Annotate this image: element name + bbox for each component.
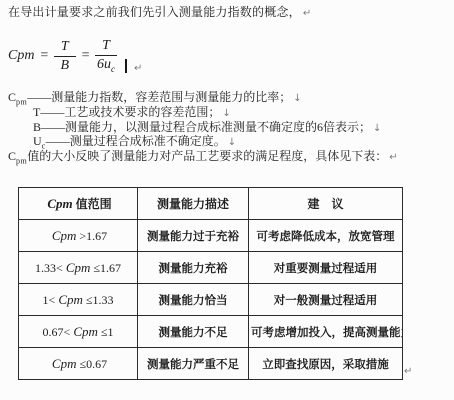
advice-cell: 对一般测量过程适用 (249, 284, 403, 316)
equals-sign: = (81, 48, 90, 64)
advice-cell: 可考虑增加投入，提高测量能力 (249, 316, 403, 348)
advice-cell: 对重要测量过程适用 (249, 252, 403, 284)
fraction-t-over-b: T B (54, 40, 76, 73)
table-header-row: Cpm值范围 测量能力描述 建 议 (19, 188, 403, 220)
linebreak-mark-icon: ↓ (293, 93, 301, 104)
table-row: 0.67<Cpm≤1 测量能力不足 可考虑增加投入，提高测量能力 (19, 316, 403, 348)
table-row: 1.33<Cpm≤1.67 测量能力充裕 对重要测量过程适用 (19, 252, 403, 284)
formula-lhs: Cpm (8, 48, 34, 64)
subscript-c: c (111, 63, 115, 73)
intro-paragraph: 在导出计量要求之前我们先引入测量能力指数的概念，↵ (8, 3, 311, 20)
subscript-pm: pm (16, 157, 27, 166)
cpm-range-cell: 1.33<Cpm≤1.67 (19, 252, 138, 284)
summary-line: Cpm值的大小反映了测量能力对产品工艺要求的满足程度，具体见下表：↵ (8, 149, 398, 164)
symbol: C (8, 149, 16, 163)
definition-t: T——工艺或技术要求的容差范围；↓ (8, 105, 398, 120)
definition-uc: Uc——测量过程合成标准不确定度。↓ (8, 134, 398, 149)
equals-sign: = (39, 48, 48, 64)
summary-text: 值的大小反映了测量能力对产品工艺要求的满足程度，具体见下表： (27, 149, 387, 163)
cpm-symbol: Cpm (47, 196, 72, 211)
cpm-range-cell: Cpm>1.67 (19, 220, 138, 252)
linebreak-mark-icon: ↓ (222, 108, 230, 119)
symbol: C (8, 90, 16, 104)
text-cursor (125, 59, 127, 73)
paragraph-mark-icon: ↵ (303, 8, 312, 19)
paragraph-mark-icon: ↵ (389, 152, 397, 163)
fraction-t-over-6uc: T 6uc (95, 39, 117, 74)
definition-text: B——测量能力，以测量过程合成标准测量不确定度的6倍表示； (33, 120, 371, 134)
denominator: B (61, 57, 70, 73)
advice-cell: 可考虑降低成本，放宽管理 (249, 220, 403, 252)
cpm-symbol: Cpm (73, 324, 98, 339)
definitions-block: Cpm——测量能力指数，容差范围与测量能力的比率；↓ T——工艺或技术要求的容差… (8, 90, 398, 164)
paragraph-mark-icon: ↵ (134, 63, 142, 74)
capability-desc-cell: 测量能力充裕 (138, 252, 249, 284)
subscript-pm: pm (16, 97, 27, 106)
header-capability-desc: 测量能力描述 (138, 188, 249, 220)
cpm-range-cell: 1<Cpm≤1.33 (19, 284, 138, 316)
capability-desc-cell: 测量能力严重不足 (138, 348, 249, 380)
paragraph-mark-icon: ↵ (404, 366, 412, 377)
cpm-symbol: Cpm (52, 356, 77, 371)
capability-desc-cell: 测量能力恰当 (138, 284, 249, 316)
numerator: T (54, 40, 76, 57)
definition-text: ——测量过程合成标准不确定度。 (46, 134, 226, 148)
linebreak-mark-icon: ↓ (228, 137, 236, 148)
header-cpm-range: Cpm值范围 (19, 188, 138, 220)
header-advice: 建 议 (249, 188, 403, 220)
cpm-range-cell: Cpm≤0.67 (19, 348, 138, 380)
definition-text: T——工艺或技术要求的容差范围； (33, 105, 220, 119)
cpm-symbol: Cpm (58, 292, 83, 307)
capability-desc-cell: 测量能力过于充裕 (138, 220, 249, 252)
table-row: Cpm>1.67 测量能力过于充裕 可考虑降低成本，放宽管理 (19, 220, 403, 252)
document-page: 在导出计量要求之前我们先引入测量能力指数的概念，↵ Cpm = T B = T … (0, 0, 454, 400)
definition-text: ——测量能力指数，容差范围与测量能力的比率； (27, 90, 291, 104)
table-row: 1<Cpm≤1.33 测量能力恰当 对一般测量过程适用 (19, 284, 403, 316)
cpm-range-cell: 0.67<Cpm≤1 (19, 316, 138, 348)
linebreak-mark-icon: ↓ (373, 123, 381, 134)
table-row: Cpm≤0.67 测量能力严重不足 立即查找原因，采取措施 (19, 348, 403, 380)
numerator: T (95, 39, 117, 56)
denominator: 6uc (97, 56, 115, 74)
cpm-table: Cpm值范围 测量能力描述 建 议 Cpm>1.67 测量能力过于充裕 可考虑降… (18, 187, 403, 380)
cpm-formula: Cpm = T B = T 6uc ↵ (8, 36, 142, 76)
advice-cell: 立即查找原因，采取措施 (249, 348, 403, 380)
capability-desc-cell: 测量能力不足 (138, 316, 249, 348)
cpm-symbol: Cpm (66, 260, 91, 275)
symbol: U (33, 134, 42, 148)
intro-text: 在导出计量要求之前我们先引入测量能力指数的概念， (8, 5, 301, 19)
cpm-symbol: Cpm (52, 228, 77, 243)
definition-b: B——测量能力，以测量过程合成标准测量不确定度的6倍表示；↓ (8, 120, 398, 135)
definition-cpm: Cpm——测量能力指数，容差范围与测量能力的比率；↓ (8, 90, 398, 105)
